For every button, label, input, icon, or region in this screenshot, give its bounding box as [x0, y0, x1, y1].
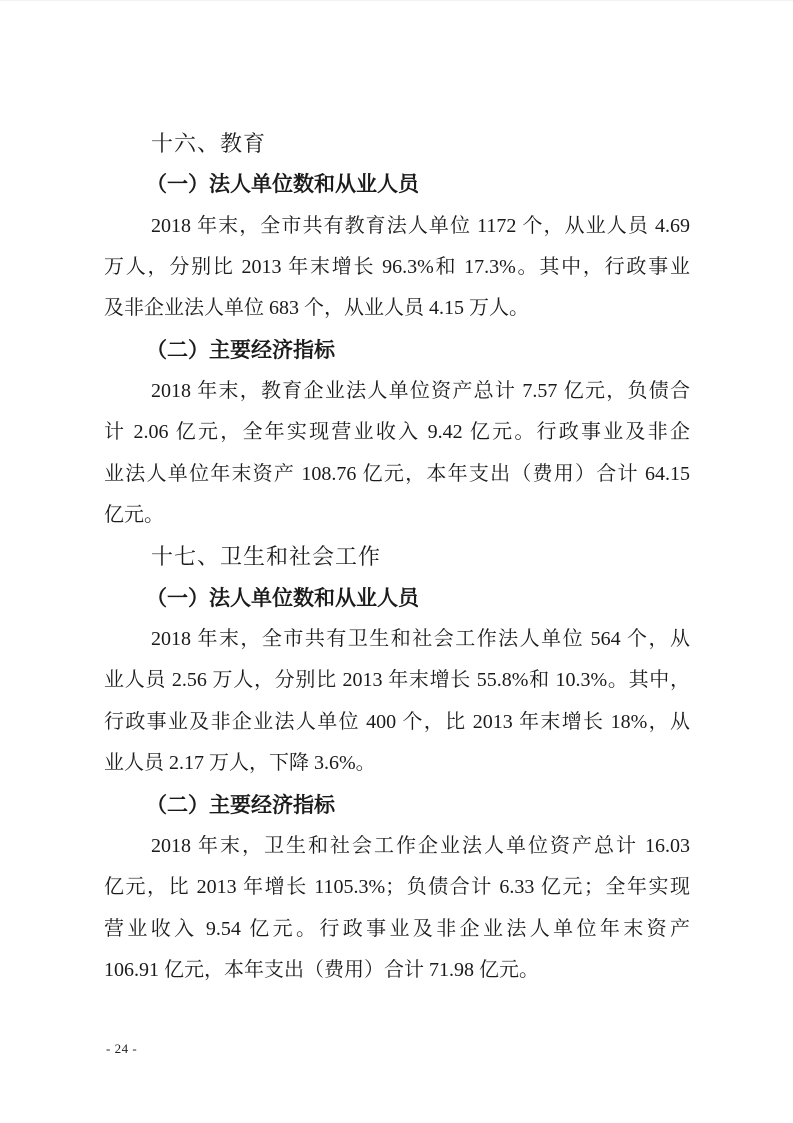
sub-heading-economic-edu: （二）主要经济指标: [104, 330, 690, 371]
section-heading-health: 十七、卫生和社会工作: [104, 536, 690, 577]
paragraph-line: 2018 年末，全市共有卫生和社会工作法人单位 564 个，从: [104, 619, 690, 660]
paragraph-line: 2018 年末，卫生和社会工作企业法人单位资产总计 16.03: [104, 826, 690, 867]
paragraph-line: 及非企业法人单位 683 个，从业人员 4.15 万人。: [104, 288, 690, 329]
paragraph-line: 2018 年末，教育企业法人单位资产总计 7.57 亿元，负债合: [104, 371, 690, 412]
paragraph-line: 亿元。: [104, 495, 690, 536]
paragraph-line: 业法人单位年末资产 108.76 亿元，本年支出（费用）合计 64.15: [104, 454, 690, 495]
sub-heading-legal-units-edu: （一）法人单位数和从业人员: [104, 164, 690, 205]
paragraph-line: 2018 年末，全市共有教育法人单位 1172 个，从业人员 4.69: [104, 206, 690, 247]
paragraph-line: 万人，分别比 2013 年末增长 96.3%和 17.3%。其中，行政事业: [104, 247, 690, 288]
page-number: - 24 -: [106, 1040, 137, 1058]
sub-heading-legal-units-health: （一）法人单位数和从业人员: [104, 578, 690, 619]
section-heading-education: 十六、教育: [104, 123, 690, 164]
paragraph-line: 行政事业及非企业法人单位 400 个，比 2013 年末增长 18%，从: [104, 702, 690, 743]
document-body: 十六、教育 （一）法人单位数和从业人员 2018 年末，全市共有教育法人单位 1…: [104, 123, 690, 991]
document-page: 十六、教育 （一）法人单位数和从业人员 2018 年末，全市共有教育法人单位 1…: [0, 0, 793, 1123]
paragraph-line: 营业收入 9.54 亿元。行政事业及非企业法人单位年末资产: [104, 909, 690, 950]
paragraph-line: 106.91 亿元，本年支出（费用）合计 71.98 亿元。: [104, 950, 690, 991]
paragraph-line: 计 2.06 亿元，全年实现营业收入 9.42 亿元。行政事业及非企: [104, 412, 690, 453]
sub-heading-economic-health: （二）主要经济指标: [104, 785, 690, 826]
paragraph-line: 业人员 2.56 万人，分别比 2013 年末增长 55.8%和 10.3%。其…: [104, 660, 690, 701]
paragraph-line: 亿元，比 2013 年增长 1105.3%；负债合计 6.33 亿元；全年实现: [104, 867, 690, 908]
paragraph-line: 业人员 2.17 万人，下降 3.6%。: [104, 743, 690, 784]
